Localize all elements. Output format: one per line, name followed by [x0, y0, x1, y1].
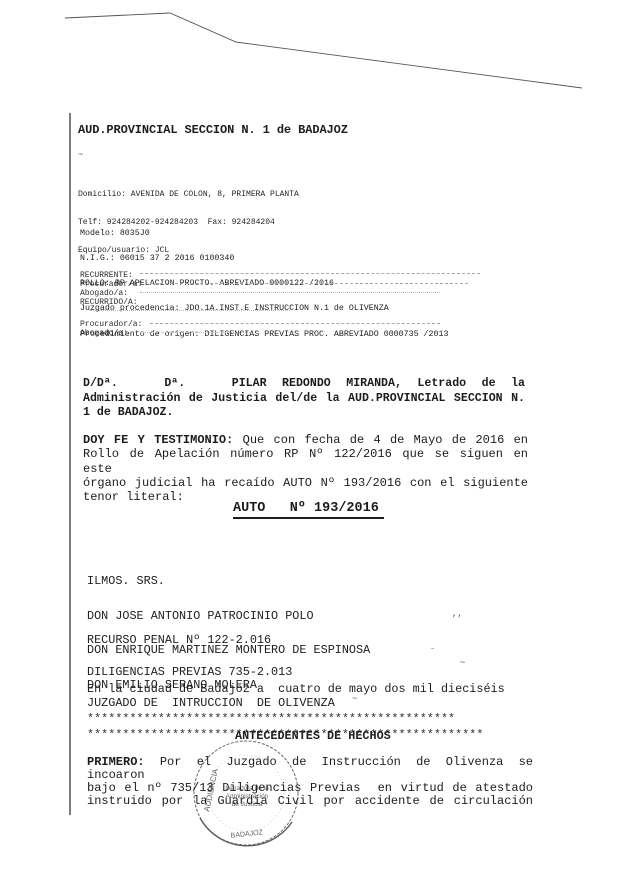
auto-title-underline	[233, 517, 384, 519]
certification-line: 1 de BADAJOZ.	[83, 406, 525, 421]
magistrates-heading: ILMOS. SRS.	[87, 576, 455, 588]
model-line: Modelo: 8035J0	[80, 230, 448, 238]
case-ref-line: JUZGADO DE INTRUCCION DE OLIVENZA	[87, 698, 483, 709]
redacted-respondent	[90, 310, 290, 312]
redacted-procurador-1	[150, 283, 468, 285]
origin-procedure-line: Procedimiento de origen: DILIGENCIAS PRE…	[80, 331, 448, 339]
nig-line: N.I.G.: 06015 37 2 2016 0100340	[80, 255, 448, 263]
scan-mark: ~	[460, 658, 465, 668]
scan-mark: ⁻	[430, 646, 435, 656]
case-ref-line: DILIGENCIAS PREVIAS 735-2.013	[87, 667, 483, 678]
testimony-line: DOY FE Y TESTIMONIO: Que con fecha de 4 …	[83, 433, 528, 447]
primero-line: PRIMERO: Por el Juzgado de Instrucción d…	[87, 756, 533, 782]
scan-mark: ~	[352, 694, 357, 704]
redacted-abogado-1	[140, 292, 440, 294]
case-ref-line: RECURSO PENAL Nº 122-2.016	[87, 635, 483, 646]
primero-line-rest: Por el Juzgado de Instrucción de Olivenz…	[87, 755, 540, 782]
primero-lead: PRIMERO:	[87, 755, 145, 769]
party-respondent-label: RECURRIDO/A:	[80, 298, 138, 307]
testimony-line-rest: Que con fecha de 4 de Mayo de 2016 en	[233, 433, 528, 447]
primero-paragraph: PRIMERO: Por el Juzgado de Instrucción d…	[87, 756, 533, 808]
testimony-line: Rollo de Apelación número RP Nº 122/2016…	[83, 447, 528, 476]
testimony-line: órgano judicial ha recaído AUTO Nº 193/2…	[83, 476, 528, 490]
party-abogado-2-label: Abogado/a:	[80, 329, 128, 338]
auto-title: AUTO Nº 193/2016	[233, 501, 379, 517]
certification-line: D/Dª. Dª. PILAR REDONDO MIRANDA, Letrado…	[83, 377, 525, 392]
certification-paragraph: D/Dª. Dª. PILAR REDONDO MIRANDA, Letrado…	[83, 377, 525, 421]
testimony-paragraph: DOY FE Y TESTIMONIO: Que con fecha de 4 …	[83, 433, 528, 504]
address-line: Domicilio: AVENIDA DE COLON, 8, PRIMERA …	[78, 190, 299, 199]
party-appellant-label: RECURRENTE:	[80, 271, 133, 280]
redacted-appellant	[140, 273, 480, 275]
court-header: AUD.PROVINCIAL SECCION N. 1 de BADAJOZ	[78, 123, 348, 137]
scan-mark: ,,	[452, 609, 463, 619]
certification-line: Administración de Justicia del/de la AUD…	[83, 392, 525, 407]
primero-line: instruido por la Guardia Civil por accid…	[87, 795, 533, 808]
testimony-lead: DOY FE Y TESTIMONIO:	[83, 433, 233, 447]
stamp-bottom-arc: BADAJOZ	[230, 829, 264, 839]
section-heading: ANTECEDENTES DE HECHOS	[235, 729, 391, 743]
redacted-procurador-2	[150, 323, 440, 325]
party-procurador-1-label: Procurador/a:	[80, 280, 142, 289]
party-abogado-1-label: Abogado/a:	[80, 289, 128, 298]
page-edge-line	[65, 13, 582, 88]
date-line: En la ciudad de Badajoz a cuatro de mayo…	[87, 682, 505, 696]
redacted-abogado-2	[140, 332, 250, 334]
scan-mark: ~	[78, 150, 83, 160]
party-procurador-2-label: Procurador/a:	[80, 320, 142, 329]
